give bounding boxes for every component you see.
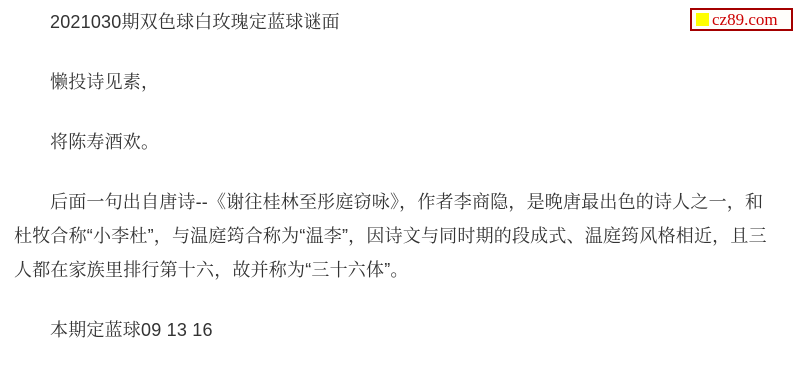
riddle-line-1: 懒投诗见素， [14, 65, 780, 99]
site-logo[interactable]: cz89.com [690, 8, 793, 31]
logo-text: cz89.com [712, 11, 778, 28]
result-line: 本期定蓝球09 13 16 [14, 313, 780, 347]
page: cz89.com 2021030期双色球白玫瑰定蓝球谜面 懒投诗见素， 将陈寿酒… [0, 5, 796, 372]
riddle-line-2: 将陈寿酒欢。 [14, 125, 780, 159]
explanation-paragraph: 后面一句出自唐诗--《谢往桂林至彤庭窃咏》，作者李商隐，是晚唐最出色的诗人之一，… [14, 185, 780, 287]
article: 2021030期双色球白玫瑰定蓝球谜面 懒投诗见素， 将陈寿酒欢。 后面一句出自… [0, 5, 796, 347]
logo-square-icon [696, 13, 709, 26]
article-title: 2021030期双色球白玫瑰定蓝球谜面 [14, 5, 780, 39]
